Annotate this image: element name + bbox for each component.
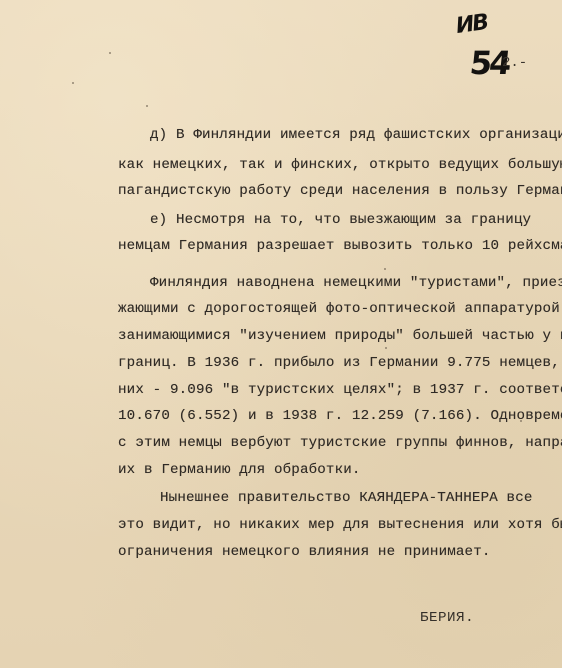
paragraph-tourists-line-7: с этим немцы вербуют туристские группы ф… xyxy=(118,434,562,452)
paragraph-tourists-line-3: занимающимися "изучением природы" больше… xyxy=(118,327,562,345)
paper-speck xyxy=(385,347,387,349)
paper-speck xyxy=(520,420,522,422)
document-page: ИВ 54 2.- д) В Финляндии имеется ряд фаш… xyxy=(0,0,562,668)
paragraph-e-line-2: немцам Германия разрешает вывозить тольк… xyxy=(118,237,562,255)
paragraph-d-line-3: пагандистскую работу среди населения в п… xyxy=(118,182,562,200)
paper-speck xyxy=(72,82,74,84)
paper-speck xyxy=(146,105,148,107)
typed-page-number: 2.- xyxy=(502,55,527,71)
paragraph-tourists-line-6: 10.670 (6.552) и в 1938 г. 12.259 (7.166… xyxy=(118,407,562,425)
paragraph-e-line-1: е) Несмотря на то, что выезжающим за гра… xyxy=(150,211,531,229)
paragraph-d-line-2: как немецких, так и финских, открыто вед… xyxy=(118,156,562,174)
paper-speck xyxy=(109,52,111,54)
paragraph-tourists-line-8: их в Германию для обработки. xyxy=(118,461,361,479)
paragraph-tourists-line-2: жающими с дорогостоящей фото-оптической … xyxy=(118,300,562,318)
handwritten-mark: ИВ xyxy=(454,10,488,39)
paragraph-government-line-1: Нынешнее правительство КАЯНДЕРА-ТАННЕРА … xyxy=(160,489,533,507)
signature: БЕРИЯ. xyxy=(420,610,474,626)
paragraph-d-line-1: д) В Финляндии имеется ряд фашистских ор… xyxy=(150,126,562,144)
paragraph-tourists-line-5: них - 9.096 "в туристских целях"; в 1937… xyxy=(118,381,562,399)
paper-speck xyxy=(384,268,386,270)
paragraph-government-line-2: это видит, но никаких мер для вытеснения… xyxy=(118,516,562,534)
paragraph-government-line-3: ограничения немецкого влияния не принима… xyxy=(118,543,491,561)
paragraph-tourists-line-1: Финляндия наводнена немецкими "туристами… xyxy=(150,274,562,292)
paragraph-tourists-line-4: границ. В 1936 г. прибыло из Германии 9.… xyxy=(118,354,562,372)
